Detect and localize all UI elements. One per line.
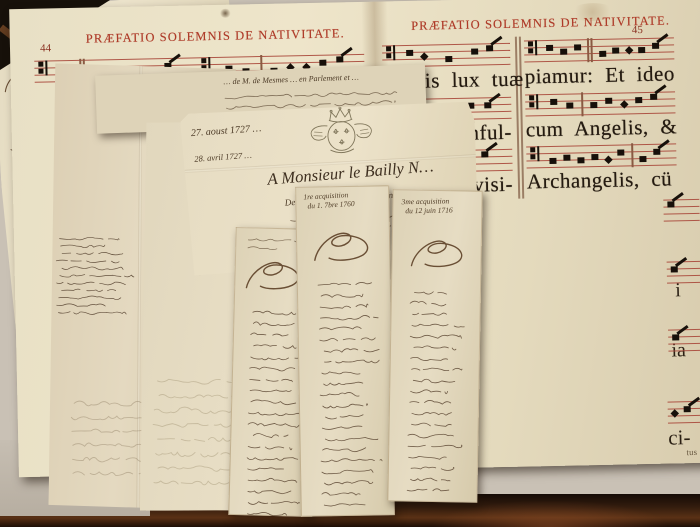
foxing-stain: [219, 9, 231, 18]
neume-podatus: [481, 151, 488, 157]
neume-square: [471, 48, 478, 54]
neume-podatus: [337, 56, 344, 62]
do-clef-icon: [528, 40, 537, 55]
neume-podatus: [652, 43, 659, 49]
staff-line: [667, 282, 700, 284]
music-staff: [382, 43, 510, 68]
chant-text: piamur: Et ideo: [524, 61, 675, 89]
neume-square: [638, 46, 645, 52]
generalite-stamp-icon: [300, 103, 387, 161]
neume-square: [635, 97, 642, 103]
neume-square: [577, 157, 584, 163]
neume-square: [406, 50, 413, 56]
neume-square: [599, 51, 606, 57]
neume-podatus: [672, 334, 679, 340]
neume-square: [550, 99, 557, 105]
list-item-lines: [406, 285, 466, 499]
left-page-number: 44: [40, 42, 51, 54]
letter-date-line-2: 28. avril 1727 …: [194, 150, 252, 164]
staff-line: [668, 422, 700, 424]
neume-square: [605, 98, 612, 104]
music-staff-fragment: [668, 329, 700, 352]
neume-square: [560, 48, 567, 54]
flourish-initial: [309, 224, 382, 271]
staff-double-barline: [587, 38, 589, 62]
staff-line: [668, 350, 700, 352]
music-staff-fragment: [668, 401, 700, 424]
flourish-initial: [406, 232, 475, 277]
left-page-header: PRÆFATIO SOLEMNIS DE NATIVITATE.: [86, 26, 338, 46]
neume-square: [612, 47, 619, 53]
music-staff: [526, 143, 676, 168]
neume-square: [574, 44, 581, 50]
staff-line: [525, 105, 675, 110]
account-slip: 3me acquisition du 12 juin 1716: [387, 189, 482, 503]
handwriting-svg: [406, 285, 466, 499]
neume-square: [566, 102, 573, 108]
account-slip: 1re acquisition du 1. 7bre 1760: [295, 185, 395, 517]
neume-square: [591, 153, 598, 159]
chant-text: cum Angelis, &: [526, 114, 678, 142]
edge-text-fragment: tus: [686, 447, 697, 457]
handwriting-svg: [318, 276, 384, 512]
neume-podatus: [684, 406, 691, 412]
staff-barline: [581, 92, 583, 116]
do-clef-icon: [530, 146, 539, 161]
neume-square: [546, 45, 553, 51]
music-staff-fragment: [667, 261, 700, 284]
slip-header-line-2: du 12 juin 1716: [405, 205, 452, 215]
parlement-note-line: … de M. de Mesmes … en Parlement et …: [223, 73, 359, 87]
letter-date-line-1: 27. aoust 1727 …: [191, 123, 262, 139]
neume-square: [618, 149, 625, 155]
marginal-note-lines: [56, 233, 135, 319]
neume-podatus: [667, 201, 674, 207]
neume-square: [639, 156, 646, 162]
neume-square: [563, 154, 570, 160]
neume-square: [590, 102, 597, 108]
do-clef-icon: [529, 94, 538, 109]
neume-square: [549, 158, 556, 164]
staff-line: [524, 37, 674, 42]
music-staff: [524, 37, 674, 62]
staff-line: [667, 275, 700, 277]
staff-line: [668, 343, 700, 345]
do-clef-icon: [386, 45, 395, 60]
neume-diamond: [604, 156, 612, 164]
staff-line: [664, 220, 700, 222]
right-page-number: 45: [632, 24, 643, 36]
neume-podatus: [484, 102, 491, 108]
slip-header-line-2: du 1. 7bre 1760: [307, 199, 355, 210]
photograph-manuscript-lot: PRÆFATIO SOLEMNIS DE NATIVITATE. 44 PRÆF…: [0, 0, 700, 527]
column-divider: [515, 37, 520, 199]
staff-barline: [632, 143, 634, 167]
wood-highlight: [430, 500, 670, 527]
music-staff-fragment: [663, 199, 699, 222]
neume-square: [319, 60, 326, 66]
do-clef-icon: [38, 61, 47, 76]
music-staff: [525, 91, 675, 116]
staff-line: [664, 213, 700, 215]
staff-line: [526, 143, 676, 148]
neume-podatus: [486, 45, 493, 51]
neume-square: [446, 56, 453, 62]
handwriting-svg: [56, 233, 135, 319]
chant-text: Archangelis, cü: [527, 166, 673, 194]
neume-podatus: [671, 266, 678, 272]
list-item-lines: [318, 276, 384, 512]
neume-podatus: [653, 149, 660, 155]
neume-podatus: [650, 93, 657, 99]
